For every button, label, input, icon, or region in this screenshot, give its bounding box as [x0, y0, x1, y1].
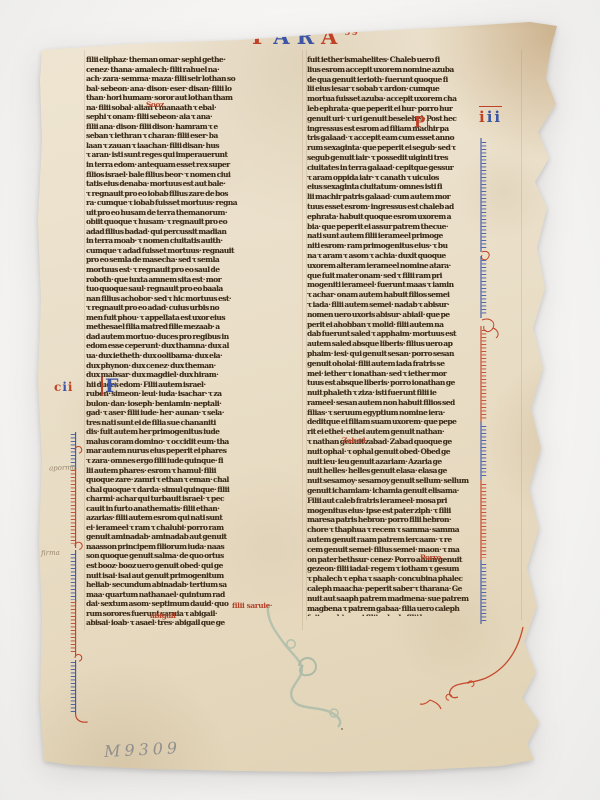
- text-line: gezeon· filii iadai· regem τ iotham τ ge…: [307, 564, 522, 574]
- text-line: tris galaad· τ accepit eam cum esset ann…: [307, 133, 522, 143]
- text-line: lii eius iesar τ sobab τ ardon· cumque: [307, 84, 522, 94]
- text-line: eius sexaginta ciuitatum· omnes isti fi: [307, 182, 522, 192]
- text-line: dis· fuit autem her primogenitus iude: [86, 427, 302, 437]
- text-line: autem genuit raam patrem iercaam· τ re: [307, 535, 522, 545]
- manuscript-leaf-wrapper: PARA99 filii eliphaz· theman omar· sephi…: [0, 0, 600, 800]
- text-line: abisai· ioab· τ asael· tres· abigail que…: [86, 618, 302, 628]
- text-line: mortuus est· τ regnauit pro eo saul de: [86, 265, 302, 275]
- text-line: que fuit mater onam· sed τ filii ram pri: [307, 271, 522, 281]
- text-line: filias· τ seruum egyptium nomine iera·: [307, 408, 522, 418]
- manuscript-leaf: PARA99 filii eliphaz· theman omar· sephi…: [0, 0, 600, 800]
- text-line: malus coram domino· τ occidit eum· tha: [86, 437, 302, 447]
- text-line: than· hori humam· soror aut lothan tham: [86, 93, 302, 103]
- text-line: nan filius achobor· sed τ hic mortuus es…: [86, 294, 302, 304]
- text-line: ei· ierameel τ ram τ chalubi· porro ram: [86, 523, 302, 533]
- text-line: τ regnauit pro eo iobab filius zare de b…: [86, 189, 302, 199]
- text-line: naasson principem filiorum iuda· naas: [86, 542, 302, 552]
- text-line: laan τ zauan τ iaachan· filii disan· hus: [86, 141, 302, 151]
- text-line: τ aran· isti sunt reges qui imperauerunt: [86, 150, 302, 160]
- text-line: ra· cumque τ iobab fuisset mortuus· regn…: [86, 198, 302, 208]
- text-line: niti esrom· ram primogenitus eius· τ bu: [307, 241, 522, 251]
- text-line: nuit aut saaph patrem madmena· sue patre…: [307, 594, 522, 604]
- text-line: τ zara· omnes ergo filii iude quinque· f…: [86, 456, 302, 466]
- text-line: nuit phaleth τ ziza· isti fuerunt filii …: [307, 388, 522, 398]
- coloured-letter: R: [297, 24, 321, 49]
- text-line: charmi· achar qui turbauit israel· τ pec: [86, 494, 302, 504]
- text-line: chore τ thaphua τ recem τ samma· samma: [307, 525, 522, 535]
- text-line: nuit ophal· τ ophal genuit obed· Obed ge: [307, 447, 522, 457]
- text-line: in terra edom· antequam esset rex super: [86, 160, 302, 170]
- text-line: dad autem mortuo· duces pro regibus in: [86, 332, 302, 342]
- text-line: edom esse ceperunt· dux thamna· dux al: [86, 341, 302, 351]
- text-line: Filii aut caleb fratris ierameel· mosa p…: [307, 496, 522, 506]
- text-line: de qua genuit ierioth· fuerunt quoque fi: [307, 75, 522, 85]
- coloured-letter: i: [494, 108, 502, 126]
- text-line: seban τ iethran τ charan· filii eser· ba: [86, 131, 302, 141]
- text-line: gad· τ aser· filii iude· her· aunan· τ s…: [86, 408, 302, 418]
- text-line: tuo quoque saul· regnauit pro eo baala: [86, 284, 302, 294]
- text-line: dab fuerunt saled τ apphaim· mortuus est: [307, 329, 522, 339]
- text-line: uit pro eo husam de terra themanorum·: [86, 208, 302, 218]
- text-line: nomen uero uxoris abisur· abiail· que pe: [307, 310, 522, 320]
- text-line: rum sorores fuerunt saruia τ abigail·: [86, 609, 302, 619]
- text-line: na· filii sobal· alian τ manaath τ ebal·: [86, 103, 302, 113]
- coloured-letter: i: [68, 380, 74, 394]
- text-line: nuit helles· helles genuit elasa· elasa …: [307, 466, 522, 476]
- text-line: mortua fuisset azuba· accepit uxorem cha: [307, 94, 522, 104]
- running-title: PARA99: [252, 24, 359, 54]
- text-line: lii machir patris galaad· cum autem mor: [307, 192, 522, 202]
- text-line: genuit oholai· filii autem iada fratris …: [307, 359, 522, 369]
- text-line: lii autem phares· esrom τ hamul· filii: [86, 466, 302, 476]
- text-line: ephrata· habuit quoque esrom uxorem a: [307, 212, 522, 222]
- text-line: nati sunt autem filii ierameel primoge: [307, 231, 522, 241]
- text-line: mogenitus eius· ipse est pater ziph· τ f…: [307, 506, 522, 516]
- text-line: τ achar· onam autem habuit filios semei: [307, 290, 522, 300]
- text-line: chal quoque τ darda· simul quinque· fili…: [86, 485, 302, 495]
- text-line: maa· quartum nathanael· quintum rad: [86, 590, 302, 600]
- text-line: τ nathan genuit zabad· Zabad quoque ge: [307, 437, 522, 447]
- decorated-initial-P: P: [414, 115, 428, 130]
- text-line: nuit ieu· ieu genuit azariam· Azaria ge: [307, 457, 522, 467]
- marginal-gloss: firma: [41, 549, 60, 558]
- ruling-line: [84, 50, 85, 630]
- marginal-gloss: aporma: [49, 464, 76, 473]
- text-line: est booz· booz uero genuit obed· qui ge: [86, 561, 302, 571]
- text-line: tatis eius denaba· mortuus est aut bale·: [86, 179, 302, 189]
- bottom-right-red-flourish: [420, 627, 523, 709]
- text-line: mogeniti ierameel· fuerunt maas τ iamin: [307, 280, 522, 290]
- text-line: in terra moab· τ nomen ciuitatis auith·: [86, 236, 302, 246]
- text-line: heliab· secundum abinadab· tertium sa: [86, 580, 302, 590]
- ruling-line: [302, 50, 303, 630]
- coloured-letter: A: [321, 24, 344, 49]
- text-line: phaim· iesi· qui genuit sesan· porro ses…: [307, 349, 522, 359]
- text-line: rum sexaginta· que peperit ei segub· sed…: [307, 143, 522, 153]
- text-line: deditque ei filiam suam uxorem· que pepe: [307, 417, 522, 427]
- text-line: adad filius badad· qui percussit madian: [86, 227, 302, 237]
- text-line: τ regnauit pro eo adad· cuius urbis no: [86, 303, 302, 313]
- text-line: cumque τ adad fuisset mortuus· regnauit: [86, 246, 302, 256]
- chapter-numeral-iii: iii: [479, 106, 502, 126]
- running-title-flourish: 99: [344, 28, 359, 38]
- chapter-numeral-ii: cii: [54, 380, 73, 394]
- coloured-letter: P: [252, 24, 273, 49]
- text-line: filii ana· dison· filii dison· hamram τ …: [86, 122, 302, 132]
- text-line: genuit aminadab· aminadab aut genuit: [86, 532, 302, 542]
- text-column-left: filii eliphaz· theman omar· sephi gethe·…: [86, 55, 302, 629]
- text-line: na τ aram τ asom τ achia· duxit quoque: [307, 251, 522, 261]
- text-line: perit ei ahobban τ molid· filii autem na: [307, 320, 522, 330]
- rubric-word: Porro: [420, 553, 441, 562]
- text-line: cauit in furto anathematis· filii ethan·: [86, 504, 302, 514]
- text-column-right: fuit iether ismahelites· Chaleb uero fil…: [307, 55, 522, 616]
- text-line: τ phalech τ epha τ saaph· concubina phal…: [307, 574, 522, 584]
- text-line: genuit ichamiam· ichamia genuit elisama·: [307, 486, 522, 496]
- text-line: pro eo semla de masecha· sed τ semla: [86, 255, 302, 265]
- text-line: τ iada· filii autem semei· nadab τ abisu…: [307, 300, 522, 310]
- text-line: segub genuit iair· τ possedit uiginti tr…: [307, 153, 522, 163]
- text-line: ciuitates in terra galaad· cepitque gess…: [307, 163, 522, 173]
- text-line: filios israel· bale filius beor· τ nomen…: [86, 170, 302, 180]
- text-line: lius esrom accepit uxorem nomine azuba: [307, 65, 522, 75]
- text-line: mar autem nurus eius peperit ei phares: [86, 446, 302, 456]
- text-line: bal· sebeon· ana· dison· eser· disan· fi…: [86, 84, 302, 94]
- pencil-inscription: M9309: [104, 738, 182, 761]
- text-line: tres nati sunt ei de filia sue chananiti: [86, 418, 302, 428]
- text-line: tuus esset esrom· ingressus est chaleb a…: [307, 202, 522, 212]
- text-line: fuit iether ismahelites· Chaleb uero fi: [307, 55, 522, 65]
- text-line: men fuit phou· τ appellata est uxor eius: [86, 313, 302, 323]
- text-line: quoque zare· zamri τ ethan τ eman· chal: [86, 475, 302, 485]
- text-line: bia· que peperit ei assur patrem thecue·: [307, 222, 522, 232]
- text-line: azarias· filii autem esrom qui nati sunt: [86, 513, 302, 523]
- text-line: ach· zara· semma· maza· filii seir lotha…: [86, 74, 302, 84]
- text-line: fuit axa· hi erant filii caleph· filii h: [307, 613, 522, 616]
- text-line: magbena τ patrem gabaa· filia uero calep…: [307, 604, 522, 614]
- rubric-word: Sooz: [146, 100, 164, 109]
- photo-background: PARA99 filii eliphaz· theman omar· sephi…: [0, 0, 600, 800]
- text-line: uxorem alteram ierameel nomine atara·: [307, 261, 522, 271]
- text-line: sephi τ onam· filii sebeon· aia τ ana·: [86, 112, 302, 122]
- text-line: cem genuit semei· filius semei· maon· τ …: [307, 545, 522, 555]
- rubric-word: abigail: [150, 611, 176, 620]
- text-line: rit ei ethei· ethei autem genuit nathan·: [307, 427, 522, 437]
- text-line: bulon· dan· ioseph· beniamin· neptali·: [86, 399, 302, 409]
- text-line: autem saled absque liberis· filius uero …: [307, 339, 522, 349]
- text-line: caleph maacha· peperit saber τ tharana· …: [307, 584, 522, 594]
- coloured-letter: A: [273, 24, 296, 49]
- text-line: obiit quoque τ husam· τ regnauit pro eo: [86, 217, 302, 227]
- text-line: nuit sesamoy· sesamoy genuit sellum· sel…: [307, 476, 522, 486]
- text-line: ua· dux ietheth· dux oolibama· dux ela·: [86, 351, 302, 361]
- text-line: rameel· sesan autem non habuit filios se…: [307, 398, 522, 408]
- rubric-word: filii saruie·: [232, 601, 272, 610]
- text-line: mei· iether τ ionathan· sed τ iether mor: [307, 369, 522, 379]
- coloured-letter: i: [479, 108, 487, 126]
- text-line: cenez· thana· amalech· filii rahuel na·: [86, 65, 302, 75]
- text-line: son quoque genuit salma· de quo ortus: [86, 551, 302, 561]
- text-line: filii eliphaz· theman omar· sephi gethe·: [86, 55, 302, 65]
- text-line: nuit isai· isai aut genuit primogenitum: [86, 571, 302, 581]
- rubric-word: Zabad: [342, 436, 365, 445]
- text-line: dux phynon· dux cenez· dux theman·: [86, 361, 302, 371]
- text-line: tuus est absque liberis· porro ionathan …: [307, 378, 522, 388]
- text-line: τ aram oppida iair· τ canath τ uiculos: [307, 173, 522, 183]
- decorated-initial-F: F: [101, 377, 119, 396]
- text-line: methesael filia matred filie mezaab· a: [86, 322, 302, 332]
- text-line: maresa patris hebron· porro filii hebron…: [307, 515, 522, 525]
- text-line: on pater bethsur· cenez· Porro aham genu…: [307, 555, 522, 565]
- text-line: roboth· que iuxta amnem sita est· mor: [86, 275, 302, 285]
